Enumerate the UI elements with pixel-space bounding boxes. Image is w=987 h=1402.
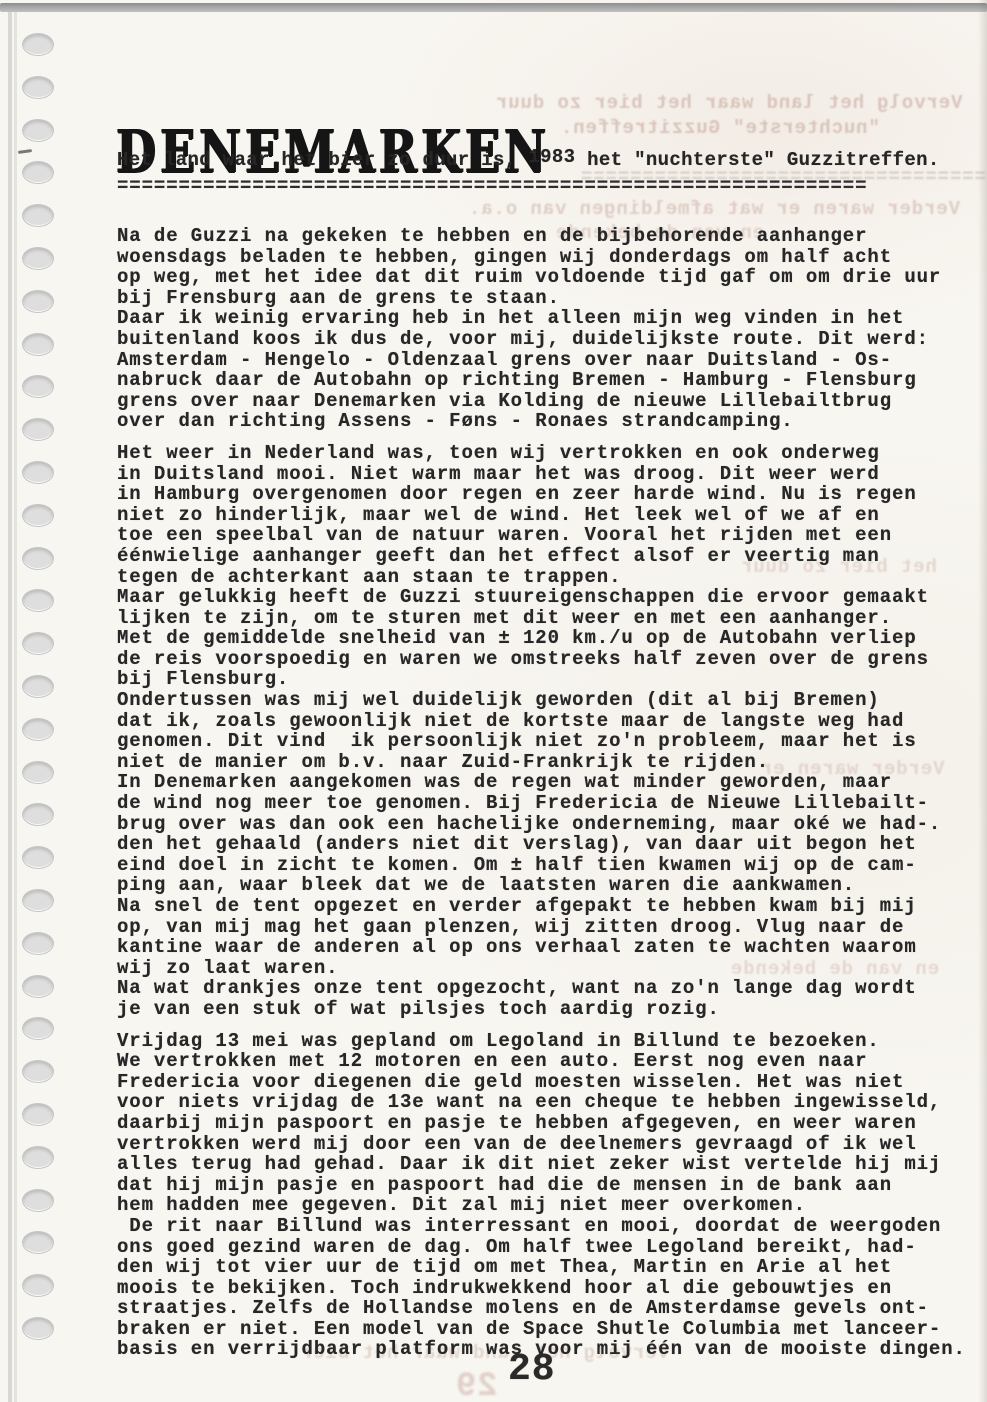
binder-hole xyxy=(22,1317,54,1340)
binder-hole xyxy=(22,675,54,698)
body-text: Na de Guzzi na gekeken te hebben en de b… xyxy=(117,226,966,1371)
subtitle-year: 1983 xyxy=(528,146,575,168)
binder-hole xyxy=(22,375,54,398)
scan-left-edge-highlight xyxy=(14,12,17,1402)
binder-hole xyxy=(22,975,54,998)
ghost-bleedthrough-line: Vervolg het land waar het bier zo duur xyxy=(495,92,962,114)
pen-dash-artifact xyxy=(18,149,32,154)
binder-hole xyxy=(22,76,54,99)
binder-hole xyxy=(22,803,54,826)
binder-hole xyxy=(22,1231,54,1254)
paragraph-weather-arrival: Het weer in Nederland was, toen wij vert… xyxy=(117,443,966,1020)
binder-hole xyxy=(22,1146,54,1169)
binder-hole xyxy=(22,1103,54,1126)
binder-hole xyxy=(22,1060,54,1083)
scan-left-edge xyxy=(8,12,12,1402)
binder-hole xyxy=(22,889,54,912)
page-number: 28 xyxy=(508,1348,556,1391)
binder-hole xyxy=(22,932,54,955)
equals-divider: ========================================… xyxy=(117,175,867,197)
scan-right-edge-shadow xyxy=(978,0,987,1402)
binder-hole xyxy=(22,547,54,570)
binder-hole xyxy=(22,718,54,741)
binder-hole xyxy=(22,333,54,356)
subtitle-text-right: het "nuchterste" Guzzitreffen. xyxy=(575,149,939,171)
subtitle: Het land waar het bier zo duur is, 1983 … xyxy=(117,149,940,171)
binder-hole xyxy=(22,290,54,313)
binder-hole xyxy=(22,161,54,184)
binder-hole xyxy=(22,247,54,270)
binder-hole xyxy=(22,589,54,612)
binder-hole xyxy=(22,1274,54,1297)
binder-hole xyxy=(22,204,54,227)
binder-hole xyxy=(22,1189,54,1212)
binder-hole xyxy=(22,504,54,527)
ghost-bleedthrough-line: "nuchterste" Guzzitreffen. xyxy=(560,117,880,139)
binder-hole xyxy=(22,33,54,56)
ghost-page-number: 29 xyxy=(455,1368,498,1402)
binder-hole xyxy=(22,1017,54,1040)
subtitle-text-left: Het land waar het bier zo duur is, xyxy=(117,149,528,171)
binder-hole xyxy=(22,846,54,869)
paragraph-trip-route: Na de Guzzi na gekeken te hebben en de b… xyxy=(117,226,966,432)
binder-hole xyxy=(22,119,54,142)
scan-top-edge xyxy=(0,3,987,12)
ghost-bleedthrough-line: Verder waren er wat afmeldingen van o.a. xyxy=(468,198,960,220)
paragraph-legoland: Vrijdag 13 mei was gepland om Legoland i… xyxy=(117,1031,966,1361)
binder-hole xyxy=(22,632,54,655)
scanned-document-page: { "page": { "title": "DENEMARKEN", "subt… xyxy=(0,0,987,1402)
binder-hole xyxy=(22,761,54,784)
binder-hole xyxy=(22,461,54,484)
binder-hole xyxy=(22,418,54,441)
